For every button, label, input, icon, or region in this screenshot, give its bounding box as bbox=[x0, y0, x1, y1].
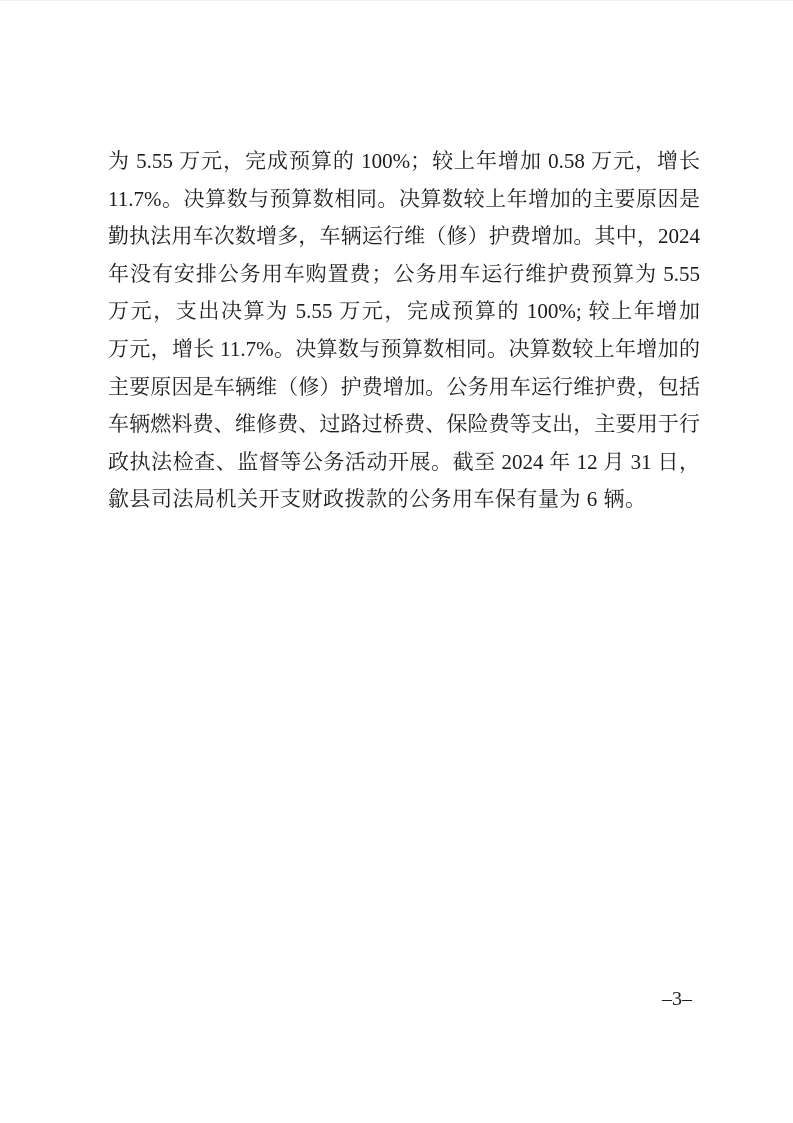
body-text: 为 5.55 万元，完成预算的 100%；较上年增加 0.58 万元，增长 11… bbox=[108, 143, 700, 519]
text-line: 万元，增长 11.7%。决算数与预算数相同。决算数较上年增加的 bbox=[108, 331, 700, 369]
text-line: 主要原因是车辆维（修）护费增加。公务用车运行维护费，包括 bbox=[108, 369, 700, 407]
text-line: 政执法检查、监督等公务活动开展。截至 2024 年 12 月 31 日， bbox=[108, 444, 700, 482]
text-line: 歙县司法局机关开支财政拨款的公务用车保有量为 6 辆。 bbox=[108, 481, 700, 519]
text-line: 11.7%。决算数与预算数相同。决算数较上年增加的主要原因是执 bbox=[108, 181, 700, 219]
text-line: 为 5.55 万元，完成预算的 100%；较上年增加 0.58 万元，增长 bbox=[108, 143, 700, 181]
document-page: 为 5.55 万元，完成预算的 100%；较上年增加 0.58 万元，增长 11… bbox=[0, 0, 793, 1123]
text-line: 车辆燃料费、维修费、过路过桥费、保险费等支出，主要用于行 bbox=[108, 406, 700, 444]
text-line: 万元，支出决算为 5.55 万元，完成预算的 100%; 较上年增加 0.58 bbox=[108, 293, 700, 331]
text-line: 勤执法用车次数增多，车辆运行维（修）护费增加。其中，2024 bbox=[108, 218, 700, 256]
page-number: –3– bbox=[635, 986, 719, 1012]
text-line: 年没有安排公务用车购置费；公务用车运行维护费预算为 5.55 bbox=[108, 256, 700, 294]
